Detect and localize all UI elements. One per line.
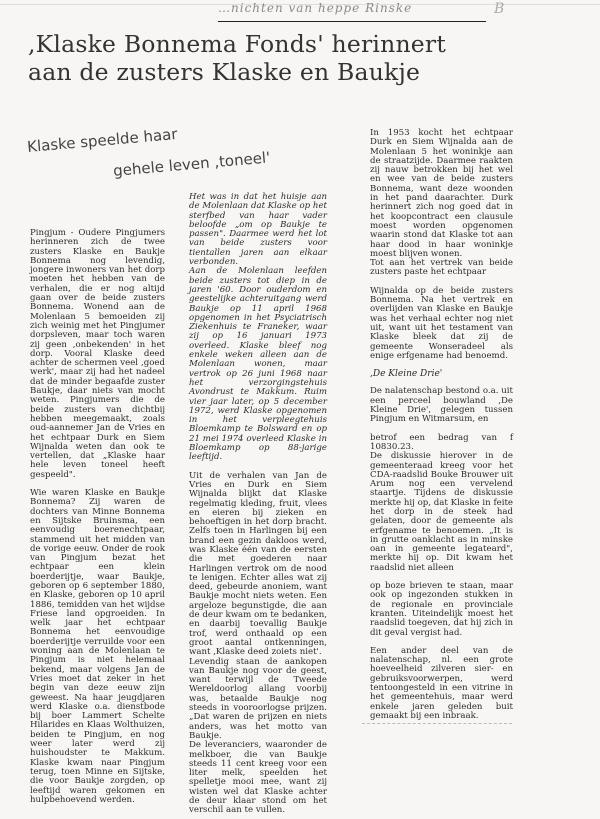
article-column-2: Het was in dat het huisje aan de Molenla…: [189, 193, 327, 819]
paragraph-neighbours: In 1953 kocht het echtpaar Durk en Siem …: [370, 129, 513, 259]
end-rule: [362, 723, 512, 724]
article-column-1: Pingjum - Oudere Pingjumers herinneren z…: [30, 229, 165, 814]
paragraph-family: Wie waren Klaske en Baukje Bonnema? Zij …: [30, 489, 165, 805]
paragraph-council-debate: De diskussie hierover in de gemeenteraad…: [370, 452, 513, 573]
paragraph-prices: Levendig staan de aankopen van Baukje no…: [189, 658, 327, 742]
subheadline-line-2: gehele leven ,toneel': [112, 148, 270, 180]
article-column-3: In 1953 kocht het echtpaar Durk en Siem …: [370, 129, 513, 730]
handwritten-note-text: …nichten van heppe Rinske: [218, 1, 412, 15]
paragraph-amount: betrof een bedrag van f 10830.23.: [370, 434, 513, 453]
headline-line-2: aan de zusters Klaske en Baukje: [28, 58, 420, 86]
paragraph-promise: Het was in dat het huisje aan de Molenla…: [189, 193, 327, 267]
paragraph-care-start: Tot aan het vertrek van beide zusters pa…: [370, 259, 513, 278]
paragraph-later-years: Aan de Molenlaan leefden beide zusters t…: [189, 267, 327, 462]
paragraph-silver: Een ander deel van de nalatenschap, nl. …: [370, 647, 513, 721]
handwritten-note: …nichten van heppe Rinske B: [218, 1, 486, 22]
paragraph-letters: op boze brieven te staan, maar ook op in…: [370, 582, 513, 638]
paragraph-charity: Uit de verhalen van Jan de Vries en Durk…: [189, 472, 327, 658]
paragraph-milkman: De leveranciers, waaronder de melkboer, …: [189, 741, 327, 815]
handwritten-note-letter: B: [494, 1, 505, 17]
newspaper-clipping: …nichten van heppe Rinske B ,Klaske Bonn…: [0, 0, 600, 819]
headline-line-1: ,Klaske Bonnema Fonds' herinnert: [28, 30, 446, 58]
paragraph-estate: De nalatenschap bestond o.a. uit een per…: [370, 387, 513, 424]
section-heading-kleine-drie: ,De Kleine Drie': [370, 370, 513, 379]
paragraph-testament: Wijnalda op de beide zusters Bonnema. Na…: [370, 287, 513, 361]
paragraph-intro: Pingjum - Oudere Pingjumers herinneren z…: [30, 229, 165, 480]
subheadline-line-1: Klaske speelde haar: [26, 125, 178, 156]
headline: ,Klaske Bonnema Fonds' herinnert aan de …: [28, 30, 446, 86]
